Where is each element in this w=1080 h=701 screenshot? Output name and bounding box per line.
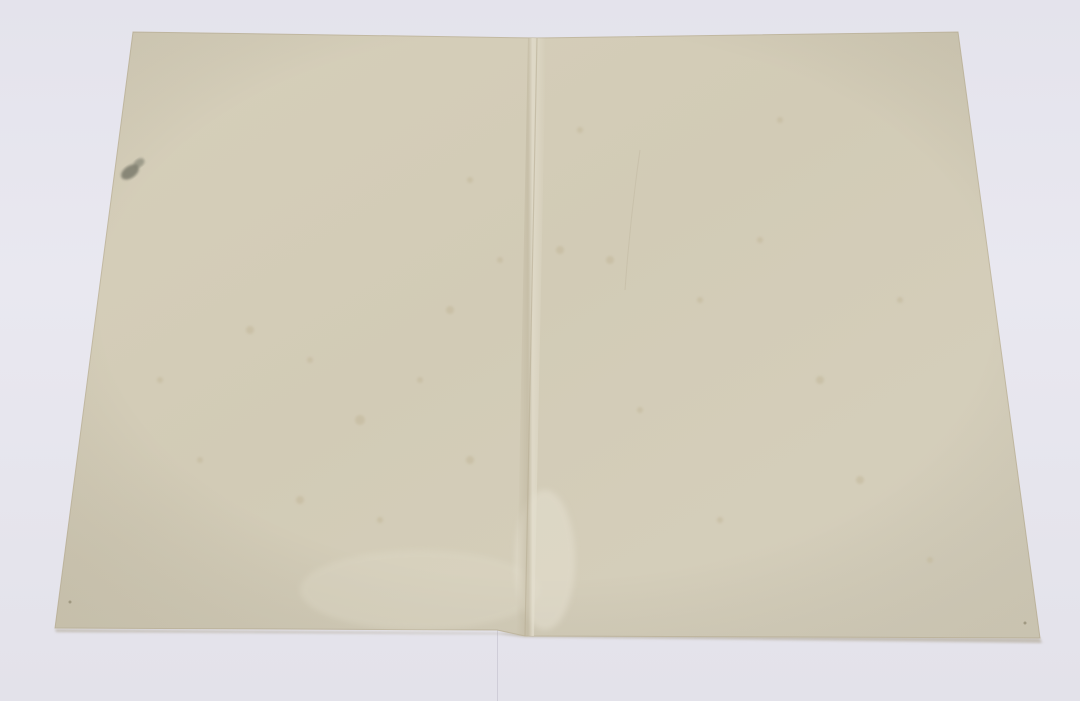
corner-mark — [1024, 622, 1027, 625]
light-patch — [300, 550, 540, 630]
paper-sheet — [0, 0, 1080, 701]
corner-mark — [69, 601, 72, 604]
